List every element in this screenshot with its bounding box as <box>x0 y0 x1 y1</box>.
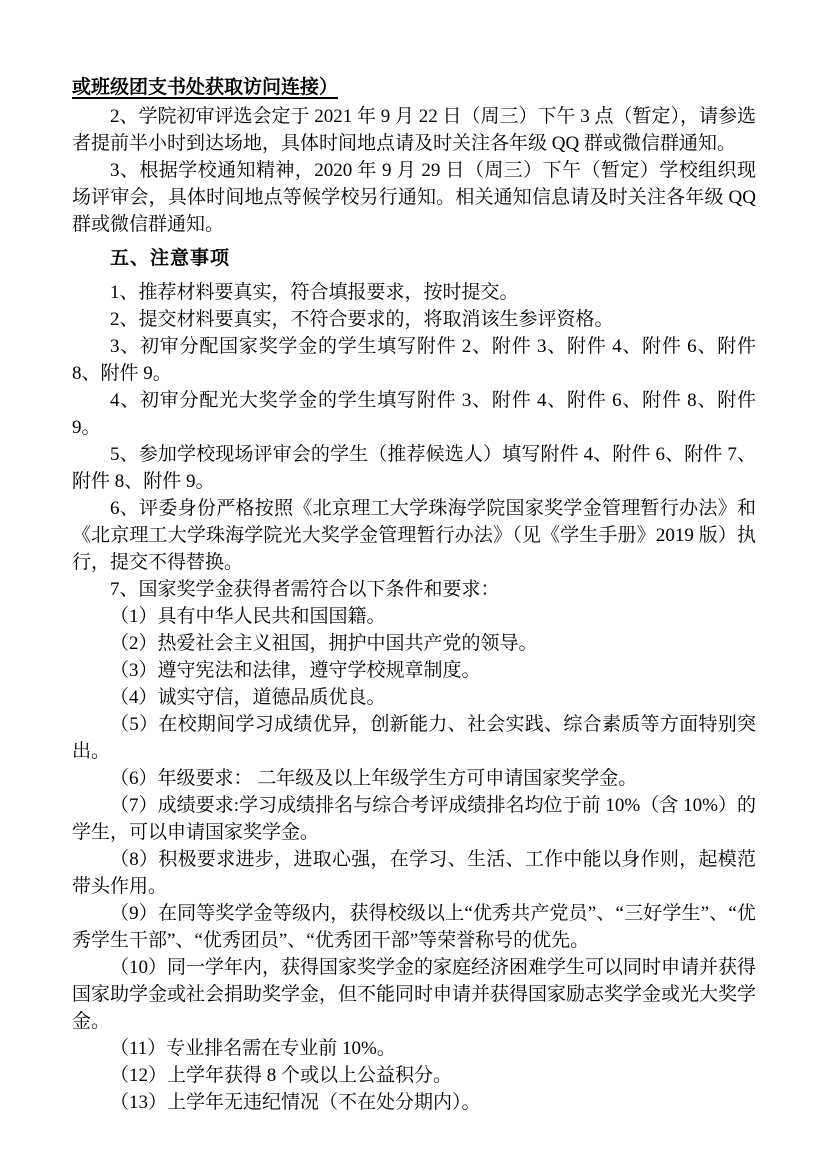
paragraph: （1）具有中华人民共和国国籍。 <box>72 603 756 630</box>
paragraph: 2、学院初审评选会定于 2021 年 9 月 22 日（周三）下午 3 点（暂定… <box>72 103 756 157</box>
document-title: 或班级团支书处获取访问连接） <box>72 74 756 101</box>
paragraph: 3、根据学校通知精神，2020 年 9 月 29 日（周三）下午（暂定）学校组织… <box>72 157 756 238</box>
paragraph: （10）同一学年内，获得国家奖学金的家庭经济困难学生可以同时申请并获得国家助学金… <box>72 954 756 1035</box>
paragraph: 3、初审分配国家奖学金的学生填写附件 2、附件 3、附件 4、附件 6、附件 8… <box>72 333 756 387</box>
paragraph: （5）在校期间学习成绩优异，创新能力、社会实践、综合素质等方面特别突出。 <box>72 711 756 765</box>
paragraph: （6）年级要求： 二年级及以上年级学生方可申请国家奖学金。 <box>72 765 756 792</box>
section-heading: 五、注意事项 <box>72 245 756 272</box>
paragraph: 6、评委身份严格按照《北京理工大学珠海学院国家奖学金管理暂行办法》和《北京理工大… <box>72 495 756 576</box>
paragraph: （12）上学年获得 8 个或以上公益积分。 <box>72 1062 756 1089</box>
paragraph: 2、提交材料要真实，不符合要求的，将取消该生参评资格。 <box>72 306 756 333</box>
paragraph: （4）诚实守信，道德品质优良。 <box>72 684 756 711</box>
paragraph: （9）在同等奖学金等级内，获得校级以上“优秀共产党员”、“三好学生”、“优秀学生… <box>72 900 756 954</box>
paragraph: （8）积极要求进步，进取心强，在学习、生活、工作中能以身作则，起模范带头作用。 <box>72 846 756 900</box>
paragraph: （2）热爱社会主义祖国，拥护中国共产党的领导。 <box>72 630 756 657</box>
paragraph: 7、国家奖学金获得者需符合以下条件和要求： <box>72 576 756 603</box>
paragraph: 4、初审分配光大奖学金的学生填写附件 3、附件 4、附件 6、附件 8、附件 9… <box>72 387 756 441</box>
paragraph: （7）成绩要求:学习成绩排名与综合考评成绩排名均位于前 10%（含 10%）的学… <box>72 792 756 846</box>
paragraph: 5、参加学校现场评审会的学生（推荐候选人）填写附件 4、附件 6、附件 7、附件… <box>72 441 756 495</box>
document-title-text: 或班级团支书处获取访问连接） <box>72 77 338 98</box>
document-page: 或班级团支书处获取访问连接） 2、学院初审评选会定于 2021 年 9 月 22… <box>0 0 827 1169</box>
paragraph: （13）上学年无违纪情况（不在处分期内）。 <box>72 1089 756 1116</box>
paragraph: 1、推荐材料要真实，符合填报要求，按时提交。 <box>72 279 756 306</box>
document-body: 或班级团支书处获取访问连接） 2、学院初审评选会定于 2021 年 9 月 22… <box>72 74 756 1116</box>
paragraph: （3）遵守宪法和法律，遵守学校规章制度。 <box>72 657 756 684</box>
paragraph: （11）专业排名需在专业前 10%。 <box>72 1035 756 1062</box>
